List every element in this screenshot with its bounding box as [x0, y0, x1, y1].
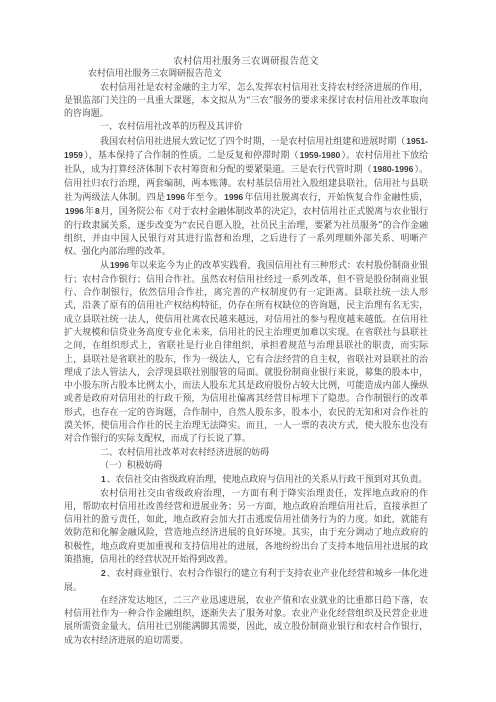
number-run: 1 — [100, 474, 107, 484]
text-run: 、农村商业银行、农村合作银行的建立有利于支持农业产业化经营和城乡一体化进展。 — [64, 569, 428, 592]
text-run: 二、农村信用社改革对农村经济进展的妨碍 — [100, 448, 269, 458]
text-run: 年 — [85, 207, 94, 217]
text-run: 年以来迄今为止的改革实践看，我国信用社有三种形式：农村股份制商业银行；农村合作银… — [64, 261, 428, 444]
number-run: 1996 — [165, 192, 186, 202]
number-run: 1996 — [223, 192, 244, 202]
paragraph: （一）积极妨碍 — [64, 460, 428, 473]
text-run: 月，国务院公布《对于农村金融体制改革的决定》，农村信用社正式脱离与农业银行的行政… — [64, 207, 428, 257]
text-run: 农村信用社交由省级政府治理，一方面有利于降实治理责任，发挥地点政府的作用，帮助农… — [64, 489, 428, 565]
number-run: 1996 — [64, 206, 85, 216]
paragraph: 一、农村信用社改革的历程及其评价 — [64, 121, 428, 134]
text-run: 、农信社交由省级政府治理，使地点政府与信用社的关系从行政干预到对其负责。 — [107, 475, 427, 485]
paragraph: 二、农村信用社改革对农村经济进展的妨碍 — [64, 447, 428, 460]
text-run: 农村信用社是农村金融的主力军，怎么发挥农村信用社支持农村经济进展的作用，是银监部… — [64, 83, 428, 120]
number-run: 2 — [100, 568, 107, 578]
text-run: 年至今。 — [186, 193, 223, 203]
document-body: 农村信用社服务三农调研报告范文农村信用社是农村金融的主力军，怎么发挥农村信用社支… — [64, 68, 428, 648]
paragraph: 农村信用社服务三农调研报告范文 — [64, 68, 428, 81]
text-run: 一、农村信用社改革的历程及其评价 — [100, 122, 242, 132]
number-run: 1980-1996 — [372, 164, 415, 174]
document-title: 农村信用社服务三农调研报告范文 — [64, 55, 428, 68]
document-page: 农村信用社服务三农调研报告范文 农村信用社服务三农调研报告范文农村信用社是农村金… — [0, 0, 496, 702]
paragraph: 1、农信社交由省级政府治理，使地点政府与信用社的关系从行政干预到对其负责。 — [64, 473, 428, 487]
text-run: ），基本保持了合作制的性质。二是反复和停滞时期（ — [84, 151, 299, 161]
text-run: 从 — [100, 261, 109, 271]
paragraph: 在经济发达地区，二三产业迅速进展，农业产值和农业就业的比重都日趋下落，农村信用社… — [64, 595, 428, 648]
text-run: 在经济发达地区，二三产业迅速进展，农业产值和农业就业的比重都日趋下落，农村信用社… — [64, 596, 428, 646]
text-run: 年信用社脱离农行，开始恢复合作金融性质， — [244, 193, 428, 203]
number-run: 1959-1980 — [299, 150, 342, 160]
paragraph: 农村信用社是农村金融的主力军，怎么发挥农村信用社支持农村经济进展的作用，是银监部… — [64, 82, 428, 122]
paragraph: 从1996年以来迄今为止的改革实践看，我国信用社有三种形式：农村股份制商业银行；… — [64, 259, 428, 446]
text-run: （一）积极妨碍 — [100, 461, 162, 471]
text-run: 我国农村信用社进展大致记忆了四个时期，一是农村信用社组建和进展时期（ — [100, 137, 405, 147]
paragraph: 我国农村信用社进展大致记忆了四个时期，一是农村信用社组建和进展时期（1951-1… — [64, 135, 428, 260]
number-run: 1996 — [109, 260, 130, 270]
number-run: 8 — [94, 206, 101, 216]
text-run: 农村信用社服务三农调研报告范文 — [88, 69, 222, 79]
paragraph: 2、农村商业银行、农村合作银行的建立有利于支持农业产业化经营和城乡一体化进展。 — [64, 567, 428, 595]
paragraph: 农村信用社交由省级政府治理，一方面有利于降实治理责任，发挥地点政府的作用，帮助农… — [64, 488, 428, 568]
document-content: 农村信用社服务三农调研报告范文 农村信用社服务三农调研报告范文农村信用社是农村金… — [64, 55, 428, 648]
